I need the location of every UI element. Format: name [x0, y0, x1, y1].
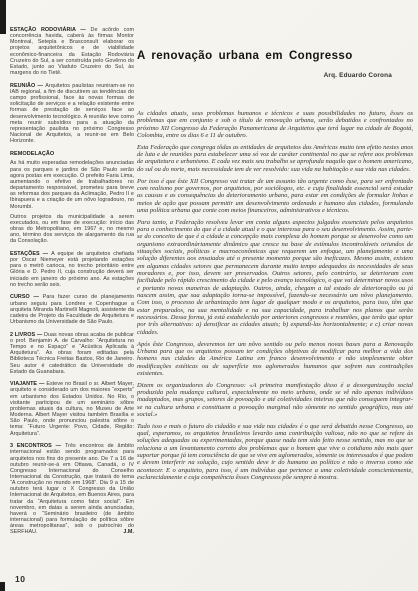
news-section: 3 ENCONTROS — Três encontros de âmbito i… [10, 443, 134, 535]
article-paragraph: Por isso é que êste XII Congresso vai tr… [137, 178, 413, 215]
magazine-page: ESTAÇÃO RODOVIÁRIA — De acôrdo com conco… [0, 0, 418, 591]
news-section: ESTAÇÃO RODOVIÁRIA — De acôrdo com conco… [10, 27, 134, 76]
section-paragraph: CURSO — Para fazer curso de planejamento… [10, 294, 134, 325]
section-heading: VIAJANTE — [10, 381, 46, 387]
section-paragraph: As há muito esperadas remodelações anunc… [10, 160, 134, 209]
section-heading: 3 ENCONTROS — [10, 443, 65, 449]
page-number: 10 [15, 574, 25, 584]
article-paragraph: Dizem os organizadores do Congresso: «A … [137, 382, 413, 419]
section-paragraph: REUNIÃO — Arquitetos paulistas reuniram-… [10, 83, 134, 145]
news-section: REMODELAÇÃOAs há muito esperadas remodel… [10, 151, 134, 245]
registration-mark-bottom [0, 582, 5, 591]
section-heading: REUNIÃO — [10, 83, 45, 89]
section-heading: ESTAÇÃO RODOVIÁRIA — [10, 27, 91, 33]
news-section: VIAJANTE — Esteve no Brasil o sr. Albert… [10, 381, 134, 436]
article-byline: Arq. Eduardo Corona [137, 72, 392, 79]
section-heading: 2 LIVROS — [10, 332, 44, 338]
section-paragraph: Outros projetos da municipalidade a sere… [10, 214, 134, 245]
section-heading: REMODELAÇÃO [10, 151, 134, 157]
article-paragraph: Para tanto, a Federação resolveu levar e… [137, 219, 413, 337]
news-section: ESTAÇÕES — A equipe de arquitetos chefia… [10, 251, 134, 288]
news-section: 2 LIVROS — Duas novas obras acaba de pub… [10, 332, 134, 375]
article-paragraph: As cidades atuais, seus problemas humano… [137, 110, 413, 139]
section-paragraph: 2 LIVROS — Duas novas obras acaba de pub… [10, 332, 134, 375]
section-paragraph: ESTAÇÃO RODOVIÁRIA — De acôrdo com conco… [10, 27, 134, 76]
section-heading: ESTAÇÕES — [10, 251, 51, 257]
article-paragraph: Tudo isso e mais o futuro do cidadão e s… [137, 423, 413, 482]
news-section: CURSO — Para fazer curso de planejamento… [10, 294, 134, 325]
author-initials: J.M. [123, 529, 134, 535]
news-section: REUNIÃO — Arquitetos paulistas reuniram-… [10, 83, 134, 145]
section-paragraph: ESTAÇÕES — A equipe de arquitetos chefia… [10, 251, 134, 288]
section-paragraph: VIAJANTE — Esteve no Brasil o sr. Albert… [10, 381, 134, 436]
registration-mark-top [0, 0, 6, 34]
section-paragraph: 3 ENCONTROS — Três encontros de âmbito i… [10, 443, 134, 535]
news-column: ESTAÇÃO RODOVIÁRIA — De acôrdo com conco… [10, 27, 134, 542]
article-body: As cidades atuais, seus problemas humano… [137, 110, 413, 486]
article-title: A renovação urbana em Congresso [137, 50, 413, 62]
section-heading: CURSO — [10, 294, 43, 300]
article-paragraph: Após êste Congresso, deveremos ter um nô… [137, 341, 413, 378]
article-paragraph: Esta Federação que congrega tôdas as ent… [137, 144, 413, 173]
